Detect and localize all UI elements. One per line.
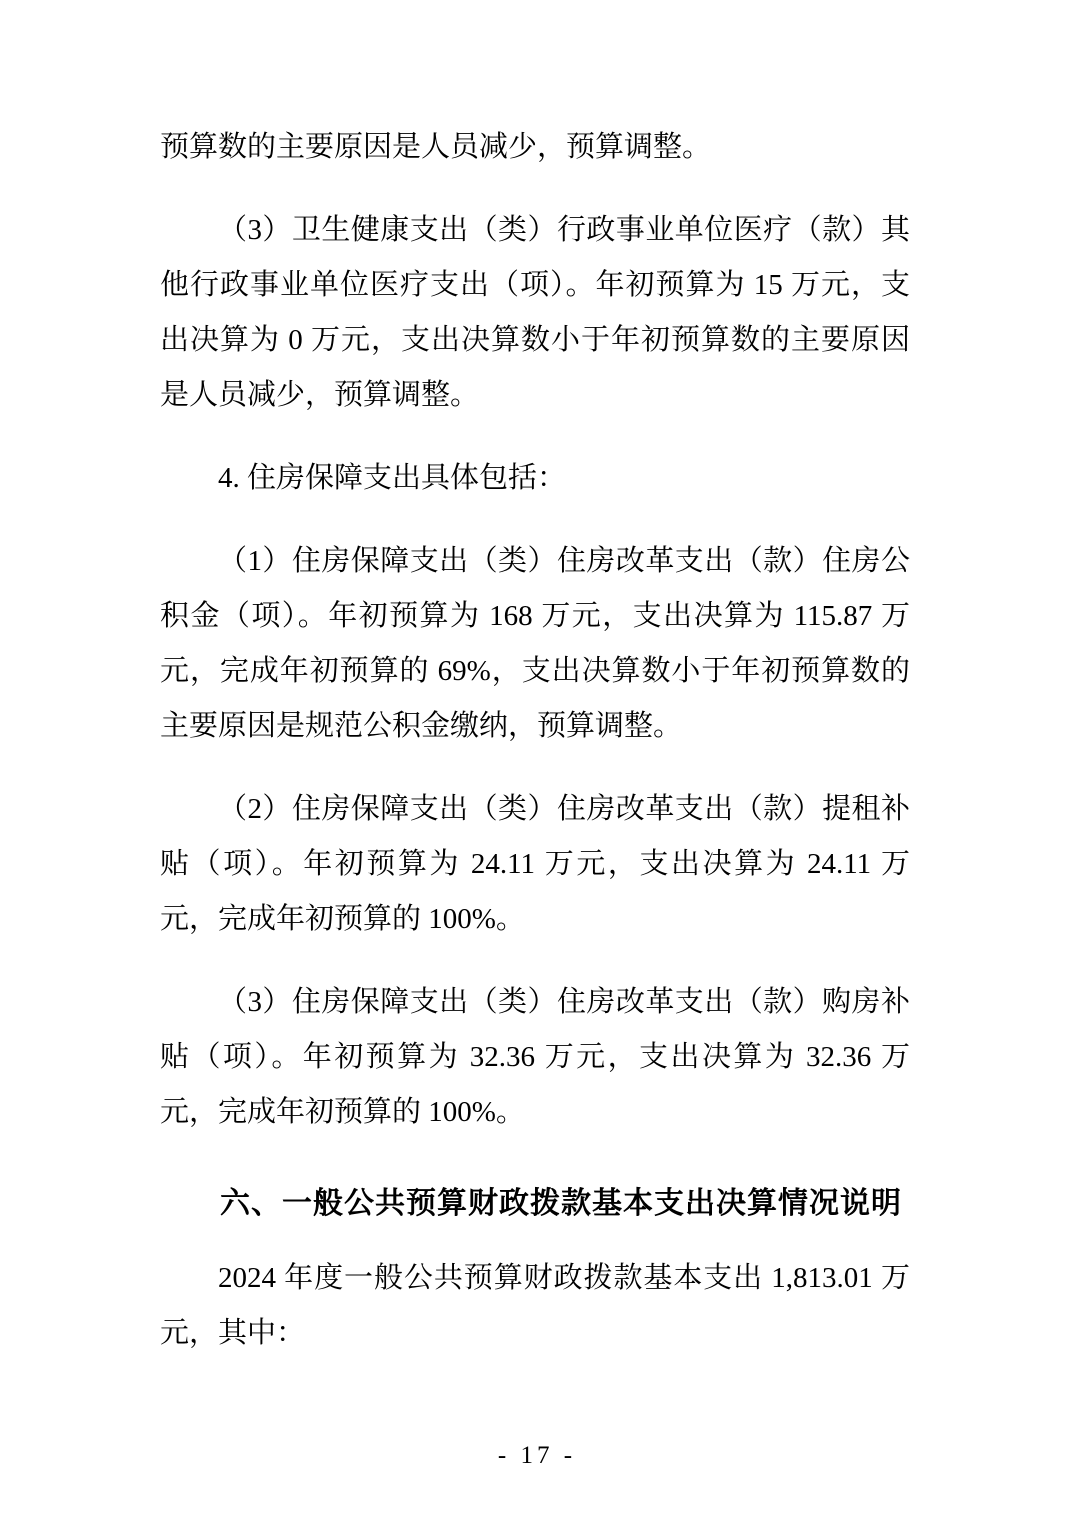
page-number: - 17 - <box>0 1440 1074 1472</box>
paragraph-health-expenditure-item3: （3）卫生健康支出（类）行政事业单位医疗（款）其他行政事业单位医疗支出（项）。年… <box>160 203 910 423</box>
paragraph-housing-fund-item1: （1）住房保障支出（类）住房改革支出（款）住房公积金（项）。年初预算为 168 … <box>160 534 910 754</box>
paragraph-2024-basic-expenditure: 2024 年度一般公共预算财政拨款基本支出 1,813.01 万元，其中： <box>160 1251 910 1361</box>
paragraph-purchase-subsidy-item3: （3）住房保障支出（类）住房改革支出（款）购房补贴（项）。年初预算为 32.36… <box>160 975 910 1140</box>
document-content: 预算数的主要原因是人员减少，预算调整。 （3）卫生健康支出（类）行政事业单位医疗… <box>160 120 910 1389</box>
paragraph-rent-subsidy-item2: （2）住房保障支出（类）住房改革支出（款）提租补贴（项）。年初预算为 24.11… <box>160 782 910 947</box>
paragraph-housing-security-intro: 4. 住房保障支出具体包括： <box>160 451 910 506</box>
document-page: 预算数的主要原因是人员减少，预算调整。 （3）卫生健康支出（类）行政事业单位医疗… <box>0 0 1074 1520</box>
section-heading-six: 六、一般公共预算财政拨款基本支出决算情况说明 <box>160 1176 910 1231</box>
paragraph-continuation: 预算数的主要原因是人员减少，预算调整。 <box>160 120 910 175</box>
